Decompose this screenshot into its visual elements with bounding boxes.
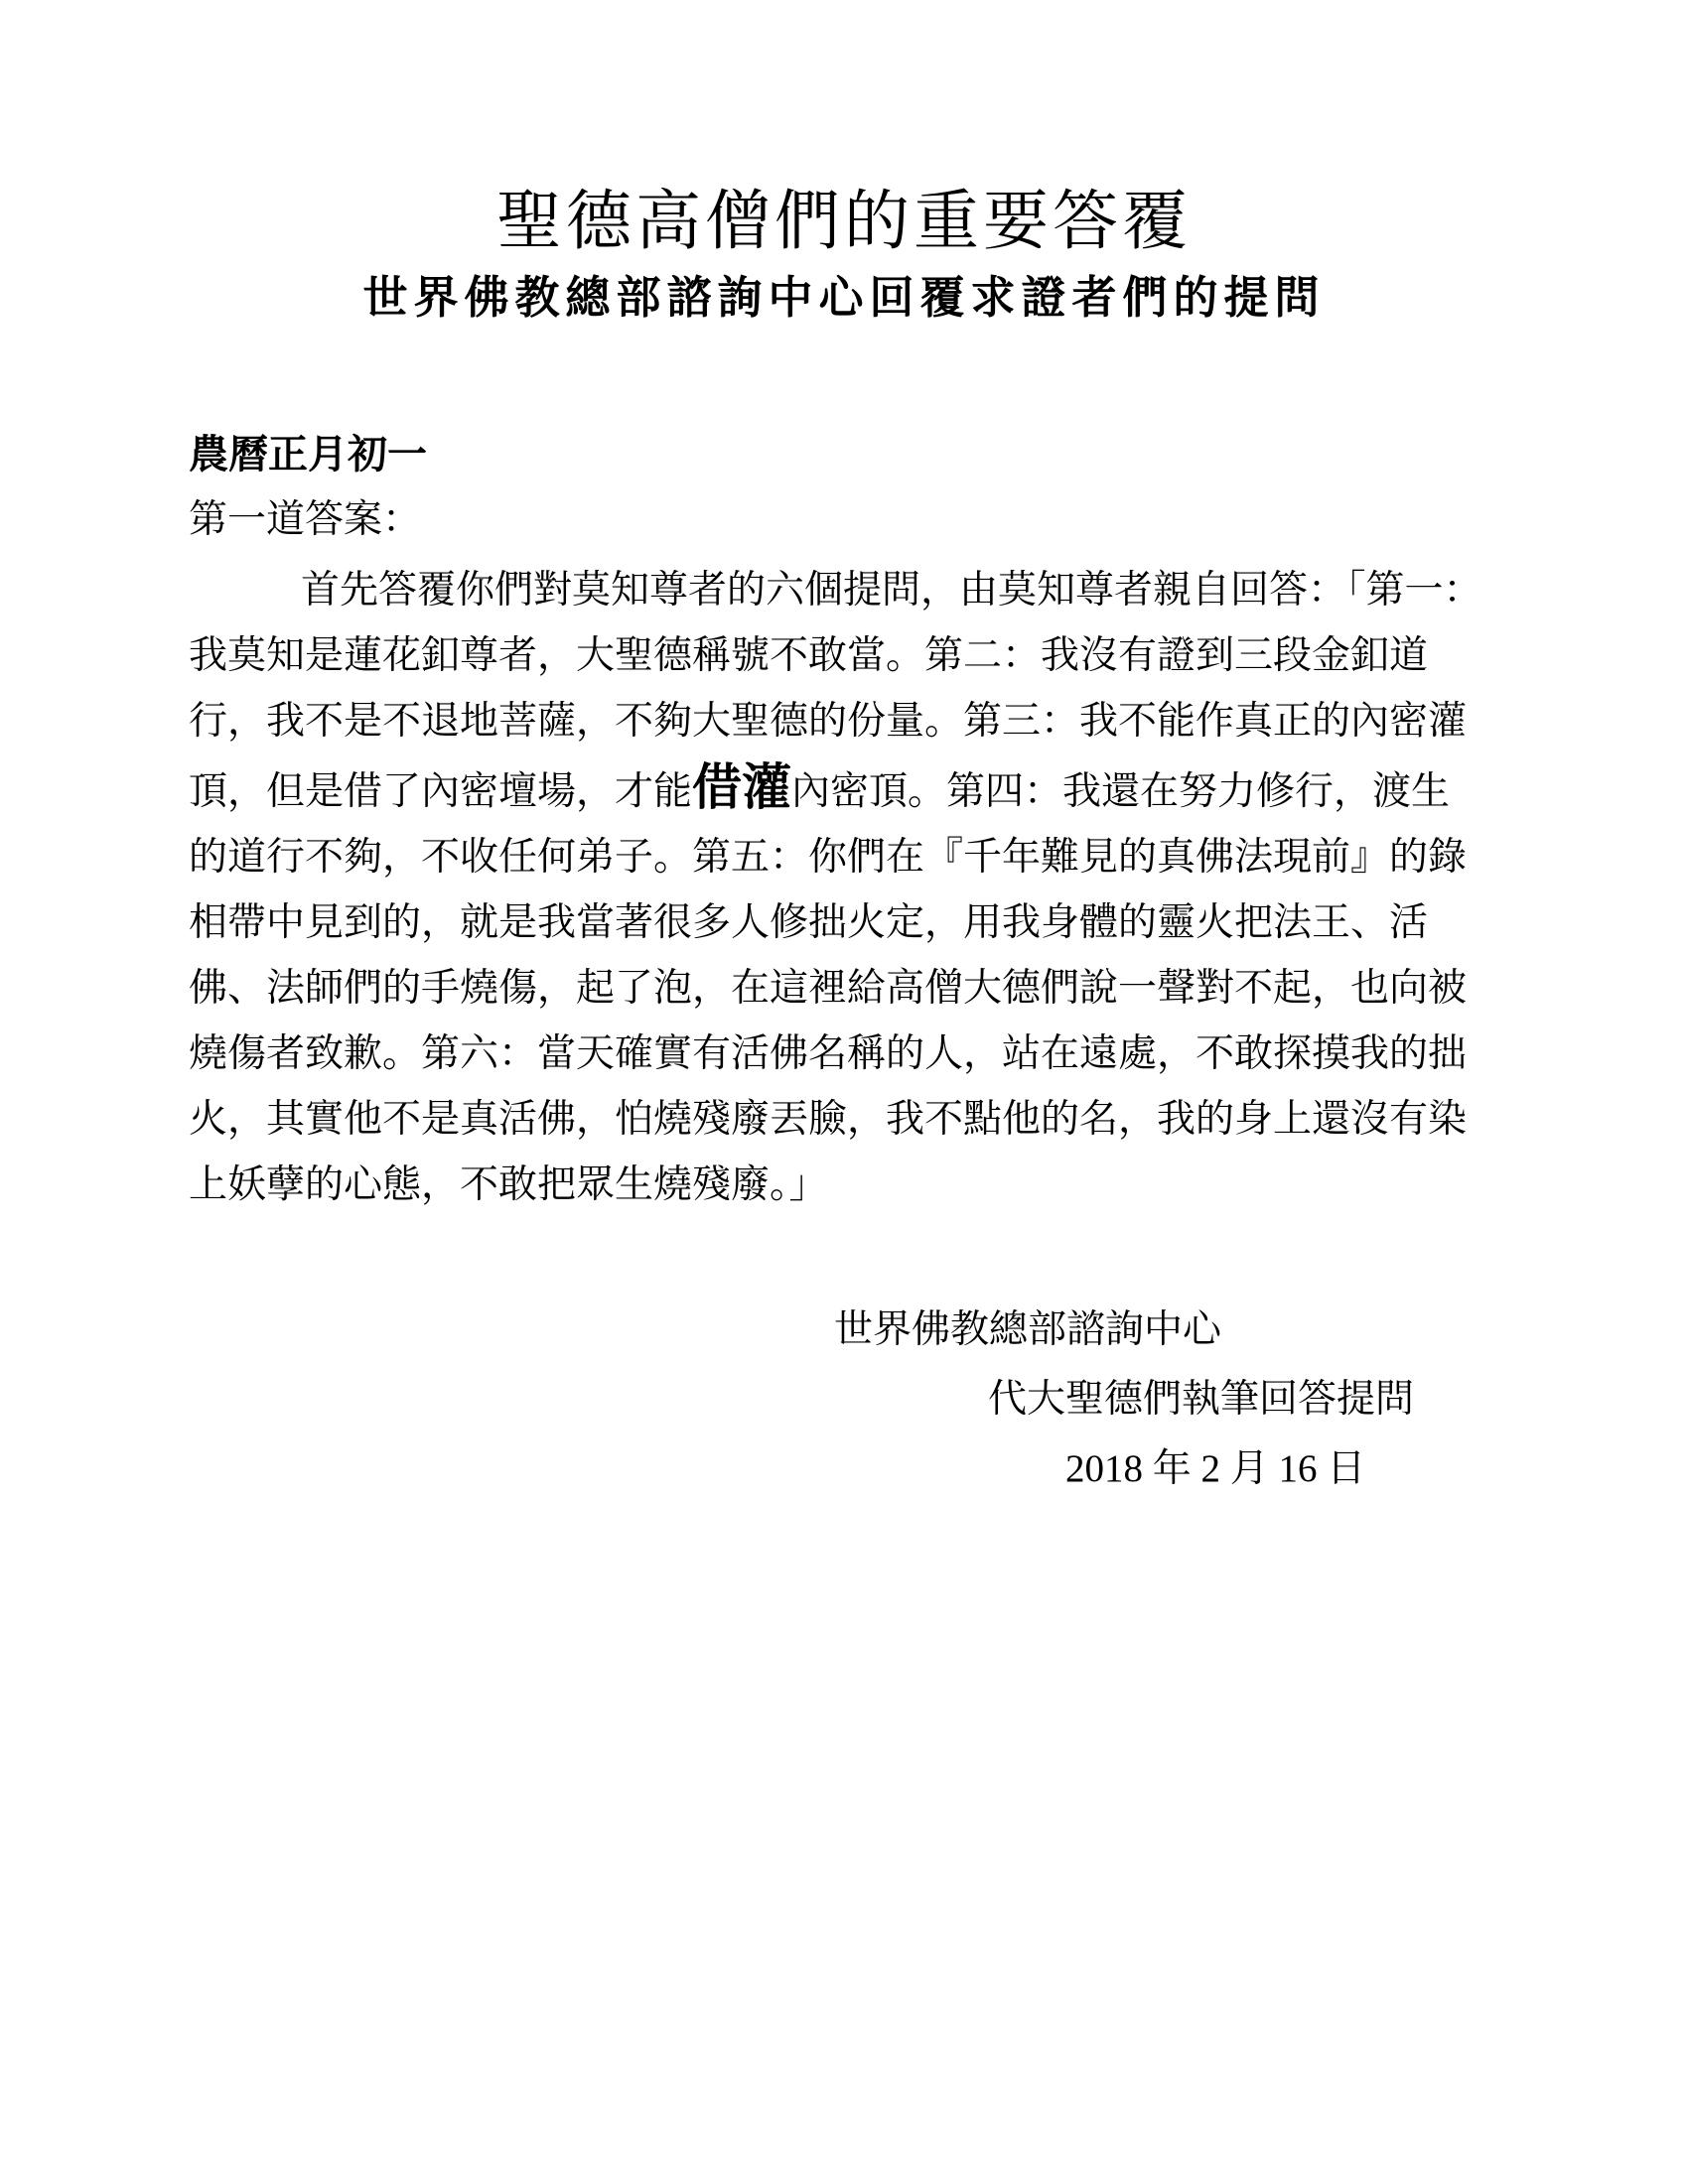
paragraph-line: 相帶中見到的，就是我當著很多人修拙火定，用我身體的靈火把法王、活 (189, 890, 1524, 956)
signature-date: 2018 年 2 月 16 日 (1065, 1436, 1365, 1502)
answer-paragraph: 首先答覆你們對莫知尊者的六個提問，由莫知尊者親自回答：「第一： 我莫知是蓮花釦尊… (189, 558, 1524, 1218)
paragraph-line: 我莫知是蓮花釦尊者，大聖德稱號不敢當。第二：我沒有證到三段金釦道 (189, 623, 1524, 689)
document-subtitle: 世界佛教總部諮詢中心回覆求證者們的提問 (0, 274, 1688, 324)
document-title: 聖德高僧們的重要答覆 (0, 187, 1688, 259)
paragraph-line: 佛、法師們的手燒傷，起了泡，在這裡給高僧大德們說一聲對不起，也向被 (189, 956, 1524, 1022)
paragraph-segment: 頂，但是借了內密壇場，才能 (189, 770, 692, 813)
document-page: 聖德高僧們的重要答覆 世界佛教總部諮詢中心回覆求證者們的提問 農曆正月初一 第一… (0, 0, 1688, 2184)
signature-organization: 世界佛教總部諮詢中心 (834, 1297, 1221, 1363)
document-body: 農曆正月初一 第一道答案： 首先答覆你們對莫知尊者的六個提問，由莫知尊者親自回答… (189, 422, 1524, 1218)
paragraph-line: 的道行不夠，不收任何弟子。第五：你們在『千年難見的真佛法現前』的錄 (189, 825, 1524, 890)
paragraph-segment: 內密頂。第四：我還在努力修行，渡生 (791, 770, 1450, 813)
paragraph-line: 首先答覆你們對莫知尊者的六個提問，由莫知尊者親自回答：「第一： (189, 558, 1524, 623)
paragraph-line: 行，我不是不退地菩薩，不夠大聖德的份量。第三：我不能作真正的內密灌 (189, 689, 1524, 754)
paragraph-line: 上妖孽的心態，不敢把眾生燒殘廢。」 (189, 1153, 1524, 1218)
signature-byline: 代大聖德們執筆回答提問 (988, 1367, 1414, 1433)
paragraph-line: 頂，但是借了內密壇場，才能借灌內密頂。第四：我還在努力修行，渡生 (189, 754, 1524, 825)
emphasized-term: 借灌 (692, 759, 791, 815)
paragraph-line: 燒傷者致歉。第六：當天確實有活佛名稱的人，站在遠處，不敢探摸我的拙 (189, 1022, 1524, 1087)
answer-label: 第一道答案： (189, 487, 1524, 553)
paragraph-line: 火，其實他不是真活佛，怕燒殘廢丟臉，我不點他的名，我的身上還沒有染 (189, 1087, 1524, 1153)
lunar-date-heading: 農曆正月初一 (189, 422, 1524, 487)
